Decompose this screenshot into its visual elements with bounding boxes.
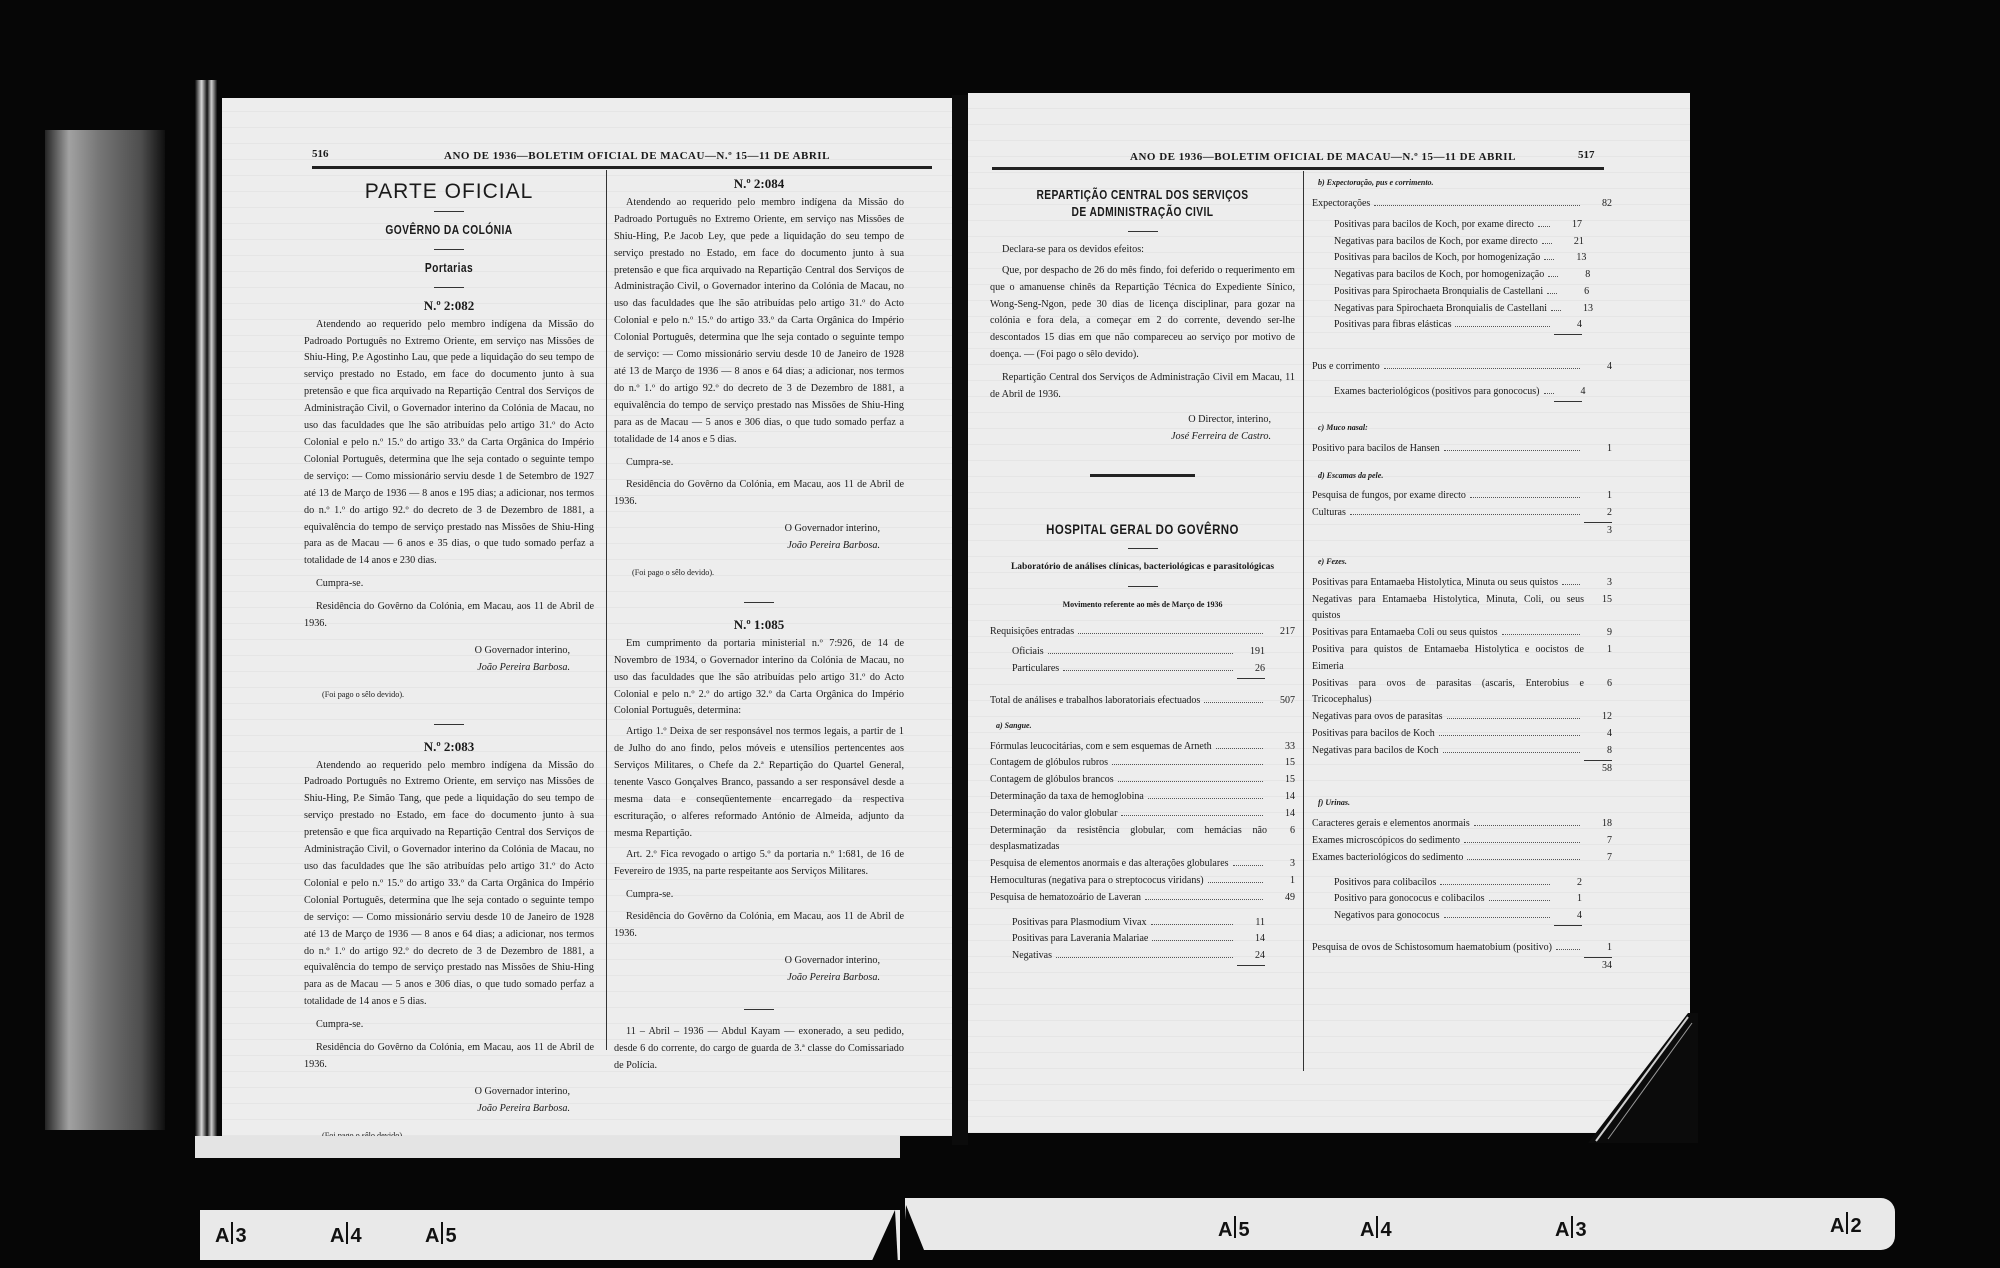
feces-row: Positivas para Entamaeba Histolytica, Mi…	[1312, 575, 1612, 592]
pus-row: Pus e corrimento4	[1312, 359, 1612, 376]
blood-row: Hemoculturas (negativa para o streptococ…	[990, 873, 1295, 890]
section-d-heading: d) Escamas da pele.	[1318, 468, 1612, 485]
sum-rule	[1554, 925, 1582, 926]
left-column-1: PARTE OFICIAL GOVÊRNO DA COLÓNIA Portari…	[304, 178, 594, 1145]
right-page: ANO DE 1936—BOLETIM OFICIAL DE MACAU—N.º…	[968, 93, 1690, 1133]
lab-title: Laboratório de análises clínicas, bacter…	[990, 559, 1295, 576]
section-c-heading: c) Muco nasal:	[1318, 420, 1612, 437]
pus-sub-row: Exames bacteriológicos (positivos para g…	[1334, 384, 1582, 401]
signer-name: João Pereira Barbosa.	[614, 538, 904, 555]
feces-row: Positivas para ovos de parasitas (ascari…	[1312, 676, 1612, 710]
left-column-2: N.º 2:084 Atendendo ao requerido pelo me…	[614, 172, 904, 1075]
portaria-body: Atendendo ao requerido pelo membro indíg…	[304, 317, 594, 571]
divider	[434, 249, 464, 250]
book-spine-edge	[195, 80, 217, 1150]
urine-sub-row: Positivo para gonococus e colibacilos1	[1334, 891, 1582, 908]
divider	[1128, 548, 1158, 549]
blood-row: Determinação do valor globular14	[990, 806, 1295, 823]
cumpra-se: Cumpra-se.	[614, 455, 904, 472]
previous-frame-edge	[45, 130, 165, 1130]
film-strip-right	[905, 1198, 1895, 1250]
frame-mark: A3	[215, 1222, 247, 1248]
signer-name: João Pereira Barbosa.	[304, 1101, 594, 1118]
sum-rule	[1237, 678, 1265, 679]
section-rule	[1090, 474, 1195, 477]
blood-row: Determinação da resistência globular, co…	[990, 823, 1295, 857]
divider	[1128, 231, 1158, 232]
frame-mark: A2	[1830, 1212, 1862, 1238]
dismissal-notice: 11 – Abril – 1936 — Abdul Kayam — exoner…	[614, 1024, 904, 1075]
article-2: Art. 2.º Fica revogado o artigo 5.º da p…	[614, 847, 904, 881]
closing-line: Repartição Central dos Serviços de Admin…	[990, 370, 1295, 404]
urine-row: Exames microscópicos do sedimento7	[1312, 833, 1612, 850]
header-rule	[992, 167, 1604, 170]
signer-name: João Pereira Barbosa.	[304, 660, 594, 677]
urine-row: Exames bacteriológicos do sedimento7	[1312, 850, 1612, 867]
portaria-body: Atendendo ao requerido pelo membro indíg…	[614, 195, 904, 449]
portaria-number: N.º 1:085	[614, 617, 904, 634]
film-strip-left	[200, 1210, 900, 1260]
frame-mark: A4	[330, 1222, 362, 1248]
divider	[434, 724, 464, 725]
residence-line: Residência do Govêrno da Colónia, em Mac…	[304, 599, 594, 633]
portaria-intro: Em cumprimento da portaria ministerial n…	[614, 636, 904, 721]
header-rule	[312, 166, 932, 169]
feces-row: Negativas para ovos de parasitas12	[1312, 709, 1612, 726]
urine-sub-row: Positivos para colibacilos2	[1334, 875, 1582, 892]
schisto-row: Pesquisa de ovos de Schistosomum haemato…	[1312, 940, 1612, 957]
blood-row: Determinação da taxa de hemoglobina14	[990, 789, 1295, 806]
blood-row: Contagem de glóbulos brancos15	[990, 772, 1295, 789]
expectoration-sub-row: Negativas para bacilos de Koch, por exam…	[1334, 234, 1582, 251]
divider	[744, 1009, 774, 1010]
requisitions-sub-row: Oficiais191	[1012, 644, 1265, 661]
expectoration-row: Expectorações82	[1312, 196, 1612, 213]
divider	[1128, 586, 1158, 587]
skin-row: Culturas2	[1312, 505, 1612, 522]
signer-title: O Governador interino,	[304, 643, 594, 660]
running-header: ANO DE 1936—BOLETIM OFICIAL DE MACAU—N.º…	[444, 150, 830, 162]
malaria-sub-row: Positivas para Plasmodium Vivax11	[1012, 915, 1265, 932]
portaria-number: N.º 2:082	[304, 298, 594, 315]
skin-row: Pesquisa de fungos, por exame directo1	[1312, 488, 1612, 505]
expectoration-sub-row: Positivas para fibras elásticas4	[1334, 317, 1582, 334]
section-b-heading: b) Expectoração, pus e corrimento.	[1318, 175, 1612, 192]
frame-mark: A3	[1555, 1216, 1587, 1242]
portaria-number: N.º 2:083	[304, 739, 594, 756]
residence-line: Residência do Govêrno da Colónia, em Mac…	[614, 909, 904, 943]
total-row: Total de análises e trabalhos laboratori…	[990, 693, 1295, 710]
blood-row: Pesquisa de elementos anormais e das alt…	[990, 856, 1295, 873]
section-e-heading: e) Fezes.	[1318, 554, 1612, 571]
repartition-title-line2: DE ADMINISTRAÇÃO CIVIL	[1017, 204, 1267, 221]
seal-note: (Foi pago o sêlo devido).	[614, 565, 904, 582]
hospital-title: HOSPITAL GERAL DO GOVÊRNO	[1017, 521, 1267, 538]
repartition-title-line1: REPARTIÇÃO CENTRAL DOS SERVIÇOS	[1017, 187, 1267, 204]
requisitions-sub-row: Particulares26	[1012, 661, 1265, 678]
page-curl-corner	[1588, 1013, 1698, 1143]
film-notch	[870, 1205, 930, 1265]
signer-title: O Director, interino,	[990, 412, 1295, 429]
blood-row: Pesquisa de hematozoário de Laveran49	[990, 890, 1295, 907]
expectoration-sub-row: Negativas para Spirochaeta Bronquialis d…	[1334, 301, 1582, 318]
signer-title: O Governador interino,	[614, 953, 904, 970]
subsubsection-title: Portarias	[330, 260, 568, 277]
urine-sub-row: Negativos para gonococus4	[1334, 908, 1582, 925]
section-a-heading: a) Sangue.	[996, 718, 1295, 735]
cumpra-se: Cumpra-se.	[304, 1017, 594, 1034]
signer-name: José Ferreira de Castro.	[990, 429, 1295, 446]
cumpra-se: Cumpra-se.	[304, 576, 594, 593]
expectoration-sub-row: Positivas para Spirochaeta Bronquialis d…	[1334, 284, 1582, 301]
malaria-sub-row: Negativas24	[1012, 948, 1265, 965]
page-number: 516	[312, 148, 329, 160]
sum-rule	[1554, 334, 1582, 335]
requisitions-row: Requisições entradas217	[990, 624, 1295, 641]
feces-row: Positivas para bacilos de Koch4	[1312, 726, 1612, 743]
blood-row: Contagem de glóbulos rubros15	[990, 755, 1295, 772]
divider	[434, 287, 464, 288]
declaration: Declara-se para os devidos efeitos:	[990, 242, 1295, 259]
article-1: Artigo 1.º Deixa de ser responsável nos …	[614, 724, 904, 842]
page-bottom-edge	[195, 1136, 900, 1158]
urine-total: 34	[1312, 958, 1612, 975]
feces-row: Negativas para Entamaeba Histolytica, Mi…	[1312, 592, 1612, 626]
feces-row: Positiva para quistos de Entamaeba Histo…	[1312, 642, 1612, 676]
signer-title: O Governador interino,	[304, 1084, 594, 1101]
page-number: 517	[1578, 149, 1595, 161]
feces-row: Positivas para Entamaeba Coli ou seus qu…	[1312, 625, 1612, 642]
urine-row: Caracteres gerais e elementos anormais18	[1312, 816, 1612, 833]
signer-title: O Governador interino,	[614, 521, 904, 538]
left-page: 516 ANO DE 1936—BOLETIM OFICIAL DE MACAU…	[222, 98, 952, 1136]
sum-rule	[1554, 401, 1582, 402]
frame-mark: A5	[1218, 1216, 1250, 1242]
cumpra-se: Cumpra-se.	[614, 887, 904, 904]
frame-mark: A5	[425, 1222, 457, 1248]
declaration-body: Que, por despacho de 26 do mês findo, fo…	[990, 263, 1295, 364]
residence-line: Residência do Govêrno da Colónia, em Mac…	[304, 1040, 594, 1074]
residence-line: Residência do Govêrno da Colónia, em Mac…	[614, 477, 904, 511]
movement-title: Movimento referente ao mês de Março de 1…	[990, 597, 1295, 614]
book-gutter	[952, 95, 968, 1145]
expectoration-sub-row: Negativas para bacilos de Koch, por homo…	[1334, 267, 1582, 284]
section-f-heading: f) Urinas.	[1318, 795, 1612, 812]
right-column-1: REPARTIÇÃO CENTRAL DOS SERVIÇOS DE ADMIN…	[990, 187, 1295, 966]
feces-total: 58	[1312, 761, 1612, 778]
column-divider	[606, 170, 607, 1050]
signer-name: João Pereira Barbosa.	[614, 970, 904, 987]
column-divider	[1303, 171, 1304, 1071]
malaria-sub-row: Positivas para Laverania Malariae14	[1012, 931, 1265, 948]
expectoration-sub-row: Positivas para bacilos de Koch, por exam…	[1334, 217, 1582, 234]
running-header: ANO DE 1936—BOLETIM OFICIAL DE MACAU—N.º…	[1130, 151, 1516, 163]
section-title: PARTE OFICIAL	[304, 184, 594, 201]
divider	[434, 211, 464, 212]
portaria-number: N.º 2:084	[614, 176, 904, 193]
frame-mark: A4	[1360, 1216, 1392, 1242]
seal-note: (Foi pago o sêlo devido).	[304, 687, 594, 704]
feces-row: Negativas para bacilos de Koch8	[1312, 743, 1612, 760]
nasal-row: Positivo para bacilos de Hansen1	[1312, 441, 1612, 458]
subsection-title: GOVÊRNO DA COLÓNIA	[330, 222, 568, 239]
skin-total: 3	[1312, 523, 1612, 540]
sum-rule	[1237, 965, 1265, 966]
right-column-2: b) Expectoração, pus e corrimento. Expec…	[1312, 175, 1612, 975]
portaria-body: Atendendo ao requerido pelo membro indíg…	[304, 758, 594, 1012]
expectoration-sub-row: Positivas para bacilos de Koch, por homo…	[1334, 250, 1582, 267]
divider	[744, 602, 774, 603]
blood-row: Fórmulas leucocitárias, com e sem esquem…	[990, 739, 1295, 756]
